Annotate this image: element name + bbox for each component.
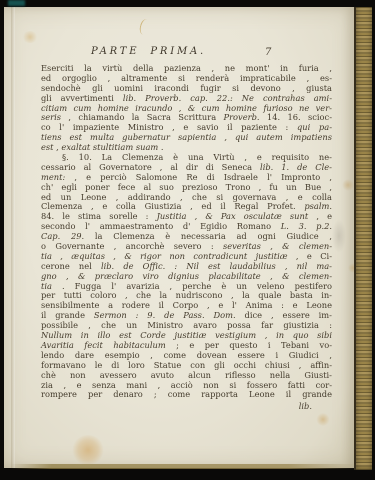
foxing-stain bbox=[72, 435, 104, 465]
teal-patch bbox=[8, 0, 25, 6]
text-block: PARTE PRIMA. 7 Eserciti la virtù della p… bbox=[41, 46, 332, 411]
book-scan: PARTE PRIMA. 7 Eserciti la virtù della p… bbox=[0, 0, 375, 480]
foxing-stain bbox=[22, 31, 38, 43]
catchword: lib. bbox=[41, 401, 332, 411]
foxing-stain bbox=[316, 413, 330, 426]
section-title: PARTE PRIMA. bbox=[91, 46, 206, 57]
gray-smudge bbox=[332, 219, 346, 253]
scan-top-border bbox=[0, 0, 375, 7]
text-line: rompere per denaro ; come rapporta Leone… bbox=[41, 390, 332, 400]
paper-crease bbox=[11, 7, 15, 468]
body-text: Eserciti la virtù della pazienza , ne mo… bbox=[41, 64, 332, 400]
scan-bottom-border bbox=[0, 470, 375, 480]
book-bottom-edge bbox=[10, 464, 358, 469]
foxing-stain bbox=[342, 179, 354, 191]
running-header: PARTE PRIMA. 7 bbox=[41, 46, 332, 62]
book-fore-edge bbox=[354, 5, 372, 470]
page-number: 7 bbox=[265, 47, 271, 58]
ink-mark bbox=[138, 18, 152, 36]
